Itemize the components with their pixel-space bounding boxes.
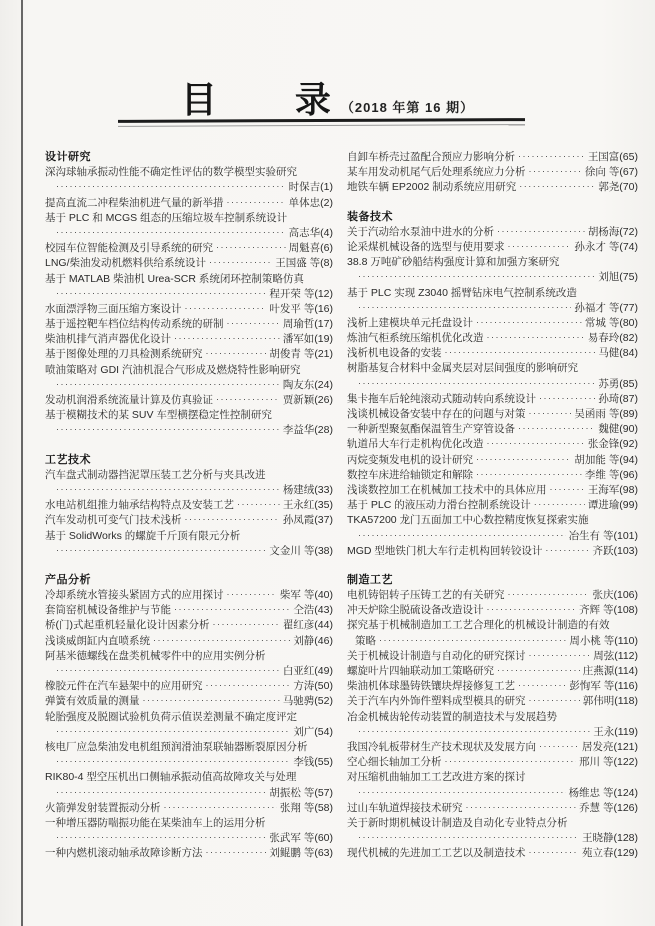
entry-title: 冶金机械齿轮传动装置的制造技术与发展趋势: [347, 710, 557, 725]
toc-entry-title-line: 冶金机械齿轮传动装置的制造技术与发展趋势: [347, 710, 638, 725]
dot-leader: [227, 588, 277, 602]
entry-title: 数控车床进给轴锁定和解除: [347, 468, 473, 483]
entry-title: 树脂基复合材料中金属夹层对层间强度的影响研究: [347, 361, 578, 376]
entry-title: 橡胶元件在汽车悬架中的应用研究: [45, 679, 203, 694]
entry-author-page: 郭伟明(118): [583, 694, 638, 709]
toc-entry: 过山车轨道焊接技术研究乔慧 等(126): [347, 801, 638, 816]
dot-leader: [206, 679, 291, 693]
rule-thick-line: [118, 118, 525, 123]
entry-author-page: 孙永才 等(74): [574, 240, 638, 255]
entry-title: 阿基米德螺线在盘类机械零件中的应用实例分析: [45, 649, 266, 664]
dot-leader: [56, 725, 290, 739]
toc-entry-title-line: 轮胎强度及脱圈试验机负荷示值误差测量不确定度评定: [45, 710, 333, 725]
entry-author-page: 齐辉 等(108): [579, 603, 638, 618]
entry-title: 轮胎强度及脱圈试验机负荷示值误差测量不确定度评定: [45, 710, 297, 725]
entry-title: 一种增压器防喘振功能在某柴油车上的运用分析: [45, 816, 266, 831]
toc-entry: 柴油机排气消声器优化设计潘军如(19): [45, 332, 333, 347]
toc-entry: 柴油机体球墨铸铁镶块焊接修复工艺彭恂军 等(116): [347, 679, 638, 694]
toc-entry: 火箭弹发射装置振动分析张翔 等(58): [45, 801, 333, 816]
toc-entry: MGD 型地铁门机大车行走机构回转铰设计齐跃(103): [347, 544, 638, 559]
entry-title: 火箭弹发射装置振动分析: [45, 801, 161, 816]
entry-title: 冲天炉除尘脱硫设备改造设计: [347, 603, 484, 618]
dot-leader: [56, 378, 280, 392]
dot-leader: [209, 256, 272, 270]
dot-leader: [213, 618, 280, 632]
toc-entry: 数控车床进给轴锁定和解除李维 等(96): [347, 468, 638, 483]
toc-entry: 关于机械设计制造与自动化的研究探讨周弦(112): [347, 649, 638, 664]
dot-leader: [487, 331, 585, 345]
toc-entry-continuation-line: 李益华(28): [45, 423, 333, 438]
entry-author-page: 胡俊青 等(21): [269, 347, 333, 362]
entry-title: 提高直流二冲程柴油机进气量的新举措: [45, 196, 224, 211]
entry-author-page: 李钱(55): [293, 755, 333, 770]
toc-column-left: 设计研究深沟球轴承振动性能不确定性评估的数学模型实验研究时保吉(1)提高直流二冲…: [45, 150, 333, 875]
section-header: 装备技术: [347, 210, 638, 225]
toc-entry-title-line: TKA57200 龙门五面加工中心数控精度恢复探索实施: [347, 513, 638, 528]
entry-title: 喷油策略对 GDI 汽油机混合气形成及燃烧特性影响研究: [45, 363, 301, 378]
entry-author-page: 王晓静(128): [582, 831, 638, 846]
entry-title: 基于 PLC 和 MCGS 组态的压缩垃圾车控制系统设计: [45, 211, 287, 226]
entry-author-page: 叶发平 等(16): [269, 302, 333, 317]
entry-title: 深沟球轴承振动性能不确定性评估的数学模型实验研究: [45, 165, 297, 180]
entry-author-page: 方涛(50): [293, 679, 333, 694]
entry-title: 螺旋叶片四轴联动加工策略研究: [347, 664, 494, 679]
page-title: 目 录: [181, 82, 333, 118]
entry-author-page: 孙福才 等(77): [574, 301, 638, 316]
entry-author-page: 杨维忠 等(124): [569, 786, 638, 801]
dot-leader: [227, 196, 286, 210]
entry-title: 关于汽车内外饰件塑料成型模具的研究: [347, 694, 526, 709]
dot-leader: [56, 544, 266, 558]
toc-entry-title-line: 喷油策略对 GDI 汽油机混合气形成及燃烧特性影响研究: [45, 363, 333, 378]
toc-entry-title-line: 38.8 万吨矿砂船结构强度计算和加强方案研究: [347, 255, 638, 270]
entry-title: 基于模糊技术的某 SUV 车型横摆稳定性控制研究: [45, 408, 272, 423]
entry-title: 水电站机组推力轴承结构特点及安装工艺: [45, 498, 234, 513]
dot-leader: [529, 649, 591, 663]
toc-entry: 水电站机组推力轴承结构特点及安装工艺王永红(35): [45, 498, 333, 513]
entry-title: 汽车发动机可变气门技术浅析: [45, 513, 182, 528]
toc-section: 工艺技术汽车盘式制动器挡泥罩压装工艺分析与夹具改进杨建绒(33)水电站机组推力轴…: [45, 453, 333, 559]
entry-title: 基于 PLC 实现 Z3040 摇臂钻床电气控制系统改造: [347, 286, 577, 301]
dot-leader: [529, 694, 580, 708]
entry-title: 发动机润滑系统流量计算及仿真验证: [45, 393, 213, 408]
toc-entry-continuation-line: 策略周小桃 等(110): [347, 634, 638, 649]
entry-author-page: 乔慧 等(126): [579, 801, 638, 816]
toc-entry: 桥(门)式起重机轻量化设计因素分析翟红彦(44): [45, 618, 333, 633]
toc-entry-title-line: 树脂基复合材料中金属夹层对层间强度的影响研究: [347, 361, 638, 376]
entry-author-page: 庄燕源(114): [583, 664, 638, 679]
dot-leader: [518, 150, 585, 164]
entry-author-page: 张金锋(92): [588, 437, 638, 452]
toc-entry-continuation-line: 苏勇(85): [347, 377, 638, 392]
entry-title: TKA57200 龙门五面加工中心数控精度恢复探索实施: [347, 513, 589, 528]
toc-column-right: 自卸车桥壳过盈配合预应力影响分析王国富(65)某车用发动机尾气后处理系统应力分析…: [347, 150, 638, 875]
dot-leader: [174, 332, 280, 346]
entry-title: 浅谈机械设备安装中存在的问题与对策: [347, 407, 526, 422]
dot-leader: [539, 740, 579, 754]
entry-author-page: 李益华(28): [283, 423, 333, 438]
entry-title: 冷却系统水管接头紧固方式的应用探讨: [45, 588, 224, 603]
entry-author-page: 文金川 等(38): [269, 544, 333, 559]
entry-title: 过山车轨道焊接技术研究: [347, 801, 463, 816]
entry-title: 浅析上建模块单元托盘设计: [347, 316, 473, 331]
entry-author-page: 郭尧(70): [598, 180, 638, 195]
dot-leader: [56, 664, 280, 678]
dot-leader: [56, 180, 286, 194]
entry-author-page: 苑立春(129): [582, 846, 638, 861]
entry-author-page: 王海军(98): [588, 483, 638, 498]
entry-author-page: 马驰骋(52): [283, 694, 333, 709]
entry-title-continued: 策略: [355, 634, 376, 649]
dot-leader: [497, 225, 585, 239]
toc-section: 设计研究深沟球轴承振动性能不确定性评估的数学模型实验研究时保吉(1)提高直流二冲…: [45, 150, 333, 439]
toc-entry: LNG/柴油发动机燃料供给系统设计王国盛 等(8): [45, 256, 333, 271]
entry-title: 电机铸铝转子压铸工艺的有关研究: [347, 588, 505, 603]
entry-title: 一种新型聚氨酯保温管生产穿管设备: [347, 422, 515, 437]
section-header: 工艺技术: [45, 453, 333, 468]
toc-entry-continuation-line: 白亚红(49): [45, 664, 333, 679]
dot-leader: [534, 498, 585, 512]
toc-entry-continuation-line: 刘旭(75): [347, 270, 638, 285]
dot-leader: [476, 453, 571, 467]
entry-title: 浅谈数控加工在机械加工技术中的具体应用: [347, 483, 547, 498]
toc-entry-continuation-line: 李钱(55): [45, 755, 333, 770]
toc-entry-title-line: 探究基于机械制造加工工艺合理化的机械设计制造的有效: [347, 618, 638, 633]
entry-title: 一种内燃机滚动轴承故障诊断方法: [45, 846, 203, 861]
entry-title: 基于 MATLAB 柴油机 Urea-SCR 系统闭环控制策略仿真: [45, 272, 304, 287]
dot-leader: [56, 483, 280, 497]
toc-entry-continuation-line: 文金川 等(38): [45, 544, 333, 559]
entry-author-page: 单体忠(2): [289, 196, 333, 211]
entry-author-page: 魏健(90): [598, 422, 638, 437]
entry-title: 水面漂浮物三面压缩方案设计: [45, 302, 182, 317]
dot-leader: [466, 801, 577, 815]
toc-entry-continuation-line: 冶生有 等(101): [347, 529, 638, 544]
dot-leader: [358, 786, 566, 800]
entry-title: 某车用发动机尾气后处理系统应力分析: [347, 165, 526, 180]
toc-entry: 浅谈数控加工在机械加工技术中的具体应用王海军(98): [347, 483, 638, 498]
toc-entry: 汽车发动机可变气门技术浅析孙凤霞(37): [45, 513, 333, 528]
entry-author-page: 王国富(65): [588, 150, 638, 165]
toc-section: 产品分析冷却系统水管接头紧固方式的应用探讨柴军 等(40)套筒窑机械设备维护与节…: [45, 573, 333, 862]
entry-author-page: 翟红彦(44): [283, 618, 333, 633]
dot-leader: [56, 226, 286, 240]
dot-leader: [476, 316, 582, 330]
dot-leader: [216, 241, 286, 255]
dot-leader: [476, 468, 582, 482]
toc-entry-continuation-line: 高志华(4): [45, 226, 333, 241]
entry-title: 我国冷轧板带材生产技术现状及发展方向: [347, 740, 536, 755]
entry-author-page: 张翔 等(58): [280, 801, 333, 816]
entry-author-page: 胡加能 等(94): [574, 453, 638, 468]
toc-entry: 炼油气柜系统压缩机优化改造易春玲(82): [347, 331, 638, 346]
entry-title: 基于遥控靶车档位结构传动系统的研制: [45, 317, 224, 332]
dot-leader: [508, 240, 572, 254]
toc-entry: 地铁车辆 EP2002 制动系统应用研究郭尧(70): [347, 180, 638, 195]
scan-edge-line: [21, 0, 23, 926]
entry-title: 关于新时期机械设计制造及自动化专业特点分析: [347, 816, 568, 831]
dot-leader: [358, 529, 566, 543]
toc-entry: 基于图像处理的刀具检测系统研究胡俊青 等(21): [45, 347, 333, 362]
toc-entry-continuation-line: 杨维忠 等(124): [347, 786, 638, 801]
toc-entry-continuation-line: 孙福才 等(77): [347, 301, 638, 316]
toc-entry: 浅谈机械设备安装中存在的问题与对策吴函雨 等(89): [347, 407, 638, 422]
entry-title: 基于图像处理的刀具检测系统研究: [45, 347, 203, 362]
dot-leader: [56, 287, 266, 301]
entry-title: 论采煤机械设备的选型与使用要求: [347, 240, 505, 255]
toc-entry-title-line: 基于 PLC 实现 Z3040 摇臂钻床电气控制系统改造: [347, 286, 638, 301]
entry-author-page: 陶友东(24): [283, 378, 333, 393]
section-header: 制造工艺: [347, 573, 638, 588]
dot-leader: [358, 301, 571, 315]
toc-entry: 现代机械的先进加工工艺以及制造技术苑立春(129): [347, 846, 638, 861]
entry-author-page: 高志华(4): [289, 226, 333, 241]
dot-leader: [445, 346, 596, 360]
toc-entry-title-line: 关于新时期机械设计制造及自动化专业特点分析: [347, 816, 638, 831]
entry-title: 空心细长轴加工分析: [347, 755, 442, 770]
dot-leader: [529, 165, 582, 179]
entry-author-page: 胡振松 等(57): [269, 786, 333, 801]
entry-author-page: 徐向 等(67): [585, 165, 638, 180]
toc-entry: 空心细长轴加工分析邢川 等(122): [347, 755, 638, 770]
entry-author-page: 周小桃 等(110): [569, 634, 638, 649]
dot-leader: [206, 846, 267, 860]
entry-title: 核电厂应急柴油发电机组预润滑油泵联轴器断裂原因分析: [45, 740, 308, 755]
entry-title: 现代机械的先进加工工艺以及制造技术: [347, 846, 526, 861]
toc-entry: 校园车位智能检测及引导系统的研究周魁喜(6): [45, 241, 333, 256]
toc-entry: 电机铸铝转子压铸工艺的有关研究张庆(106): [347, 588, 638, 603]
dot-leader: [143, 694, 280, 708]
dot-leader: [497, 664, 580, 678]
toc-entry: 弹簧有效质量的测量马驰骋(52): [45, 694, 333, 709]
toc-entry: 关于汽车内外饰件塑料成型模具的研究郭伟明(118): [347, 694, 638, 709]
dot-leader: [185, 513, 280, 527]
entry-author-page: 柴军 等(40): [280, 588, 333, 603]
dot-leader: [539, 392, 595, 406]
entry-author-page: 彭恂军 等(116): [569, 679, 638, 694]
dot-leader: [237, 498, 280, 512]
entry-author-page: 苏勇(85): [598, 377, 638, 392]
entry-author-page: 白亚红(49): [283, 664, 333, 679]
entry-author-page: 周魁喜(6): [289, 241, 333, 256]
toc-entry: 螺旋叶片四轴联动加工策略研究庄燕源(114): [347, 664, 638, 679]
dot-leader: [56, 755, 290, 769]
entry-title: 汽车盘式制动器挡泥罩压装工艺分析与夹具改进: [45, 468, 266, 483]
entry-title: 桥(门)式起重机轻量化设计因素分析: [45, 618, 210, 633]
entry-author-page: 刘鲲鹏 等(63): [269, 846, 333, 861]
toc-entry-continuation-line: 王晓静(128): [347, 831, 638, 846]
entry-author-page: 潘军如(19): [283, 332, 333, 347]
toc-entry: 丙烷变频发电机的设计研究胡加能 等(94): [347, 453, 638, 468]
toc-entry-title-line: 深沟球轴承振动性能不确定性评估的数学模型实验研究: [45, 165, 333, 180]
dot-leader: [358, 831, 579, 845]
dot-leader: [206, 347, 267, 361]
toc-entry-continuation-line: 杨建绒(33): [45, 483, 333, 498]
toc-entry: 我国冷轧板带材生产技术现状及发展方向居发亮(121): [347, 740, 638, 755]
entry-author-page: 王永(119): [593, 725, 638, 740]
toc-entry: 某车用发动机尾气后处理系统应力分析徐向 等(67): [347, 165, 638, 180]
entry-title: RIK80-4 型空压机出口侧轴承振动值高故障攻关与处理: [45, 770, 296, 785]
entry-author-page: 胡杨海(72): [588, 225, 638, 240]
dot-leader: [56, 423, 280, 437]
toc-entry-title-line: 基于 PLC 和 MCGS 组态的压缩垃圾车控制系统设计: [45, 211, 333, 226]
dot-leader: [216, 393, 280, 407]
toc-entry-title-line: 基于 SolidWorks 的螺旋千斤顶有限元分析: [45, 529, 333, 544]
toc-entry-title-line: RIK80-4 型空压机出口侧轴承振动值高故障攻关与处理: [45, 770, 333, 785]
entry-title: MGD 型地铁门机大车行走机构回转铰设计: [347, 544, 542, 559]
toc-entry: 轨道吊大车行走机构优化改造张金锋(92): [347, 437, 638, 452]
entry-author-page: 仝浩(43): [293, 603, 333, 618]
entry-author-page: 时保吉(1): [289, 180, 333, 195]
toc-entry-title-line: 基于 MATLAB 柴油机 Urea-SCR 系统闭环控制策略仿真: [45, 272, 333, 287]
entry-title: 对压缩机曲轴加工工艺改进方案的探讨: [347, 770, 526, 785]
toc-entry-title-line: 基于模糊技术的某 SUV 车型横摆稳定性控制研究: [45, 408, 333, 423]
entry-author-page: 周弦(112): [593, 649, 638, 664]
entry-title: LNG/柴油发动机燃料供给系统设计: [45, 256, 206, 271]
entry-title: 自卸车桥壳过盈配合预应力影响分析: [347, 150, 515, 165]
toc-entry-title-line: 阿基米德螺线在盘类机械零件中的应用实例分析: [45, 649, 333, 664]
dot-leader: [518, 422, 595, 436]
toc-entry: 自卸车桥壳过盈配合预应力影响分析王国富(65): [347, 150, 638, 165]
section-header: 设计研究: [45, 150, 333, 165]
entry-author-page: 易春玲(82): [588, 331, 638, 346]
entry-author-page: 杨建绒(33): [283, 483, 333, 498]
page-header: 目 录 （2018 年第 16 期）: [0, 68, 655, 118]
entry-author-page: 谭进瑜(99): [588, 498, 638, 513]
dot-leader: [56, 786, 266, 800]
toc-section: 自卸车桥壳过盈配合预应力影响分析王国富(65)某车用发动机尾气后处理系统应力分析…: [347, 150, 638, 196]
entry-author-page: 吴函雨 等(89): [574, 407, 638, 422]
toc-entry-title-line: 对压缩机曲轴加工工艺改进方案的探讨: [347, 770, 638, 785]
toc-entry: 浅析上建模块单元托盘设计常城 等(80): [347, 316, 638, 331]
toc-entry: 一种新型聚氨酯保温管生产穿管设备魏健(90): [347, 422, 638, 437]
toc-entry: 论采煤机械设备的选型与使用要求孙永才 等(74): [347, 240, 638, 255]
entry-title: 浅谈威朗缸内直喷系统: [45, 634, 150, 649]
dot-leader: [518, 679, 566, 693]
entry-author-page: 刘广(54): [293, 725, 333, 740]
toc-entry-continuation-line: 陶友东(24): [45, 378, 333, 393]
dot-leader: [379, 634, 566, 648]
entry-title: 套筒窑机械设备维护与节能: [45, 603, 171, 618]
dot-leader: [508, 588, 590, 602]
entry-author-page: 马健(84): [598, 346, 638, 361]
toc-entry-continuation-line: 王永(119): [347, 725, 638, 740]
toc-entry: 基于 PLC 的液压动力滑台控制系统设计谭进瑜(99): [347, 498, 638, 513]
toc-entry: 橡胶元件在汽车悬架中的应用研究方涛(50): [45, 679, 333, 694]
dot-leader: [174, 603, 290, 617]
entry-author-page: 孙凤霞(37): [283, 513, 333, 528]
dot-leader: [358, 377, 595, 391]
dot-leader: [358, 725, 590, 739]
toc-entry-title-line: 核电厂应急柴油发电机组预润滑油泵联轴器断裂原因分析: [45, 740, 333, 755]
toc-entry-continuation-line: 时保吉(1): [45, 180, 333, 195]
toc-entry: 浅谈威朗缸内直喷系统刘静(46): [45, 634, 333, 649]
entry-title: 轨道吊大车行走机构优化改造: [347, 437, 484, 452]
dot-leader: [519, 180, 595, 194]
entry-author-page: 王国盛 等(8): [275, 256, 333, 271]
toc-entry-continuation-line: 刘广(54): [45, 725, 333, 740]
toc-entry: 关于汽动给水泵油中进水的分析胡杨海(72): [347, 225, 638, 240]
toc-entry: 一种内燃机滚动轴承故障诊断方法刘鲲鹏 等(63): [45, 846, 333, 861]
toc-entry: 冷却系统水管接头紧固方式的应用探讨柴军 等(40): [45, 588, 333, 603]
entry-author-page: 张武军 等(60): [269, 831, 333, 846]
dot-leader: [56, 831, 266, 845]
entry-title: 校园车位智能检测及引导系统的研究: [45, 241, 213, 256]
toc-entry: 基于遥控靶车档位结构传动系统的研制周瑜哲(17): [45, 317, 333, 332]
entry-title: 丙烷变频发电机的设计研究: [347, 453, 473, 468]
entry-author-page: 邢川 等(122): [579, 755, 638, 770]
toc-entry: 冲天炉除尘脱硫设备改造设计齐辉 等(108): [347, 603, 638, 618]
entry-title: 关于机械设计制造与自动化的研究探讨: [347, 649, 526, 664]
entry-author-page: 贾新颖(26): [283, 393, 333, 408]
issue-label: （2018 年第 16 期）: [341, 97, 474, 116]
entry-author-page: 冶生有 等(101): [569, 529, 638, 544]
entry-author-page: 刘旭(75): [598, 270, 638, 285]
dot-leader: [529, 846, 579, 860]
dot-leader: [227, 317, 280, 331]
toc-entry-continuation-line: 胡振松 等(57): [45, 786, 333, 801]
dot-leader: [164, 801, 277, 815]
dot-leader: [185, 302, 267, 316]
toc-entry: 发动机润滑系统流量计算及仿真验证贾新颖(26): [45, 393, 333, 408]
entry-author-page: 李维 等(96): [585, 468, 638, 483]
dot-leader: [487, 603, 577, 617]
dot-leader: [529, 407, 572, 421]
toc-section: 装备技术关于汽动给水泵油中进水的分析胡杨海(72)论采煤机械设备的选型与使用要求…: [347, 210, 638, 559]
entry-author-page: 王永红(35): [283, 498, 333, 513]
toc-section: 制造工艺电机铸铝转子压铸工艺的有关研究张庆(106)冲天炉除尘脱硫设备改造设计齐…: [347, 573, 638, 862]
dot-leader: [545, 544, 589, 558]
entry-author-page: 程开荣 等(12): [269, 287, 333, 302]
entry-title: 基于 PLC 的液压动力滑台控制系统设计: [347, 498, 531, 513]
toc-entry-title-line: 汽车盘式制动器挡泥罩压装工艺分析与夹具改进: [45, 468, 333, 483]
entry-title: 炼油气柜系统压缩机优化改造: [347, 331, 484, 346]
entry-author-page: 张庆(106): [592, 588, 638, 603]
toc-entry: 提高直流二冲程柴油机进气量的新举措单体忠(2): [45, 196, 333, 211]
section-header: 产品分析: [45, 573, 333, 588]
entry-author-page: 周瑜哲(17): [283, 317, 333, 332]
dot-leader: [445, 755, 577, 769]
toc-entry-title-line: 一种增压器防喘振功能在某柴油车上的运用分析: [45, 816, 333, 831]
entry-author-page: 齐跃(103): [592, 544, 638, 559]
dot-leader: [153, 634, 290, 648]
entry-title: 柴油机体球墨铸铁镶块焊接修复工艺: [347, 679, 515, 694]
entry-title: 集卡拖车后轮纯滚动式随动转向系统设计: [347, 392, 536, 407]
dot-leader: [358, 270, 595, 284]
dot-leader: [550, 483, 585, 497]
toc-entry-continuation-line: 张武军 等(60): [45, 831, 333, 846]
toc-entry-continuation-line: 程开荣 等(12): [45, 287, 333, 302]
entry-title: 弹簧有效质量的测量: [45, 694, 140, 709]
entry-title: 地铁车辆 EP2002 制动系统应用研究: [347, 180, 516, 195]
entry-title: 基于 SolidWorks 的螺旋千斤顶有限元分析: [45, 529, 240, 544]
entry-title: 38.8 万吨矿砂船结构强度计算和加强方案研究: [347, 255, 559, 270]
dot-leader: [487, 437, 585, 451]
entry-title: 柴油机排气消声器优化设计: [45, 332, 171, 347]
entry-author-page: 常城 等(80): [585, 316, 638, 331]
toc-entry: 集卡拖车后轮纯滚动式随动转向系统设计孙琦(87): [347, 392, 638, 407]
toc-entry: 浅析机电设备的安装马健(84): [347, 346, 638, 361]
entry-author-page: 居发亮(121): [582, 740, 638, 755]
toc-entry: 水面漂浮物三面压缩方案设计叶发平 等(16): [45, 302, 333, 317]
entry-title: 关于汽动给水泵油中进水的分析: [347, 225, 494, 240]
entry-title: 浅析机电设备的安装: [347, 346, 442, 361]
entry-title: 探究基于机械制造加工工艺合理化的机械设计制造的有效: [347, 618, 610, 633]
toc-entry: 套筒窑机械设备维护与节能仝浩(43): [45, 603, 333, 618]
entry-author-page: 刘静(46): [293, 634, 333, 649]
entry-author-page: 孙琦(87): [598, 392, 638, 407]
